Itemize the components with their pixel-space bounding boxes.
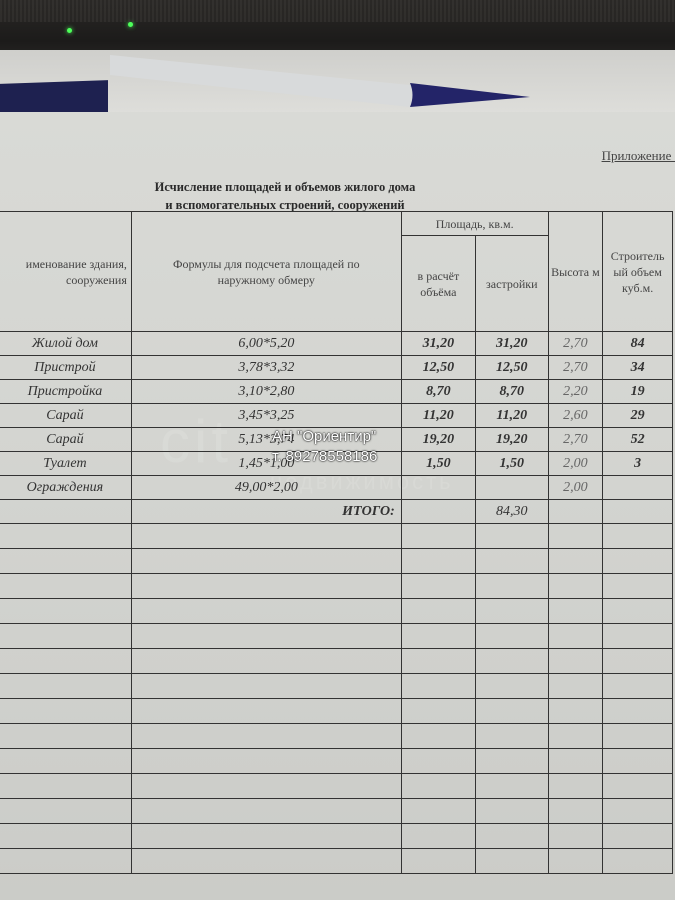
row-area-built: 11,20 [476, 404, 549, 428]
empty-row [0, 799, 673, 824]
empty-cell [476, 849, 549, 874]
total-empty [0, 500, 131, 524]
empty-cell [401, 799, 475, 824]
empty-cell [548, 599, 603, 624]
empty-cell [401, 674, 475, 699]
empty-cell [603, 849, 673, 874]
empty-cell [603, 574, 673, 599]
row-formula: 3,10*2,80 [131, 380, 401, 404]
empty-cell [603, 624, 673, 649]
empty-row [0, 724, 673, 749]
empty-cell [0, 649, 131, 674]
empty-cell [0, 799, 131, 824]
row-height: 2,70 [548, 428, 603, 452]
row-volume: 84 [603, 332, 673, 356]
empty-cell [131, 724, 401, 749]
total-volume [603, 500, 673, 524]
empty-cell [548, 774, 603, 799]
empty-row [0, 699, 673, 724]
row-area-built: 1,50 [476, 452, 549, 476]
empty-cell [548, 724, 603, 749]
empty-cell [401, 699, 475, 724]
empty-cell [476, 624, 549, 649]
empty-cell [0, 774, 131, 799]
area-volume-table: именование здания, сооружения Формулы дл… [0, 211, 673, 874]
empty-row [0, 674, 673, 699]
header-area-volume: в расчёт объёма [401, 236, 475, 332]
empty-cell [476, 724, 549, 749]
row-formula: 6,00*5,20 [131, 332, 401, 356]
row-area-built: 31,20 [476, 332, 549, 356]
empty-cell [401, 649, 475, 674]
empty-cell [603, 749, 673, 774]
empty-cell [401, 724, 475, 749]
header-height: Высота м [548, 212, 603, 332]
document-title: Исчисление площадей и объемов жилого дом… [135, 178, 435, 214]
empty-cell [131, 549, 401, 574]
row-height: 2,70 [548, 356, 603, 380]
row-height: 2,70 [548, 332, 603, 356]
empty-cell [0, 624, 131, 649]
empty-cell [0, 674, 131, 699]
empty-cell [476, 649, 549, 674]
empty-cell [0, 824, 131, 849]
empty-row [0, 849, 673, 874]
empty-cell [548, 799, 603, 824]
header-formula: Формулы для подсчета площадей по наружно… [131, 212, 401, 332]
empty-cell [401, 574, 475, 599]
empty-cell [603, 674, 673, 699]
empty-cell [476, 699, 549, 724]
row-area-volume: 1,50 [401, 452, 475, 476]
empty-cell [548, 824, 603, 849]
header-name: именование здания, сооружения [0, 212, 131, 332]
empty-row [0, 549, 673, 574]
row-name: Пристрой [0, 356, 131, 380]
empty-cell [476, 549, 549, 574]
row-name: Сарай [0, 428, 131, 452]
pen-icon [110, 55, 550, 115]
empty-cell [0, 849, 131, 874]
empty-cell [0, 524, 131, 549]
empty-cell [131, 849, 401, 874]
status-led-icon [67, 28, 72, 33]
row-name: Туалет [0, 452, 131, 476]
empty-cell [603, 524, 673, 549]
row-formula: 3,78*3,32 [131, 356, 401, 380]
row-name: Ограждения [0, 476, 131, 500]
empty-row [0, 599, 673, 624]
empty-cell [603, 774, 673, 799]
total-height [548, 500, 603, 524]
empty-cell [548, 574, 603, 599]
document-page: Приложение № Исчисление площадей и объем… [0, 112, 675, 900]
empty-cell [476, 824, 549, 849]
empty-cell [603, 799, 673, 824]
total-area-volume [401, 500, 475, 524]
empty-cell [0, 599, 131, 624]
row-area-built [476, 476, 549, 500]
header-area-built: застройки [476, 236, 549, 332]
empty-cell [401, 749, 475, 774]
empty-cell [0, 699, 131, 724]
row-volume: 34 [603, 356, 673, 380]
empty-cell [0, 574, 131, 599]
header-area-group: Площадь, кв.м. [401, 212, 548, 236]
empty-cell [476, 599, 549, 624]
total-area-built: 84,30 [476, 500, 549, 524]
empty-cell [548, 849, 603, 874]
empty-cell [131, 599, 401, 624]
empty-row [0, 824, 673, 849]
row-area-volume: 12,50 [401, 356, 475, 380]
empty-cell [603, 599, 673, 624]
title-line-1: Исчисление площадей и объемов жилого дом… [135, 178, 435, 196]
table-row: Жилой дом6,00*5,2031,2031,202,7084 [0, 332, 673, 356]
header-volume: Строитель ый объем куб.м. [603, 212, 673, 332]
empty-cell [548, 549, 603, 574]
row-name: Сарай [0, 404, 131, 428]
row-name: Пристройка [0, 380, 131, 404]
empty-cell [0, 749, 131, 774]
empty-row [0, 749, 673, 774]
empty-cell [401, 524, 475, 549]
empty-cell [476, 799, 549, 824]
row-area-built: 19,20 [476, 428, 549, 452]
row-area-built: 8,70 [476, 380, 549, 404]
row-name: Жилой дом [0, 332, 131, 356]
table-row: Сарай3,45*3,2511,2011,202,6029 [0, 404, 673, 428]
empty-cell [131, 799, 401, 824]
row-area-volume: 8,70 [401, 380, 475, 404]
row-volume: 3 [603, 452, 673, 476]
agency-name: АН "Ориентир" [272, 427, 377, 447]
empty-row [0, 524, 673, 549]
row-height: 2,00 [548, 452, 603, 476]
empty-cell [401, 549, 475, 574]
empty-cell [0, 724, 131, 749]
empty-cell [131, 699, 401, 724]
row-height: 2,60 [548, 404, 603, 428]
empty-cell [476, 674, 549, 699]
table-row: Пристройка3,10*2,808,708,702,2019 [0, 380, 673, 404]
empty-cell [401, 624, 475, 649]
agency-overlay: АН "Ориентир" т. 89278558186 [272, 427, 377, 467]
empty-row [0, 624, 673, 649]
empty-cell [548, 524, 603, 549]
empty-cell [131, 824, 401, 849]
empty-cell [548, 699, 603, 724]
empty-cell [476, 774, 549, 799]
row-area-volume [401, 476, 475, 500]
empty-cell [131, 749, 401, 774]
empty-cell [548, 674, 603, 699]
row-volume: 52 [603, 428, 673, 452]
empty-cell [603, 549, 673, 574]
empty-row [0, 574, 673, 599]
row-area-volume: 31,20 [401, 332, 475, 356]
agency-phone: т. 89278558186 [272, 447, 377, 467]
empty-cell [603, 724, 673, 749]
empty-cell [548, 624, 603, 649]
empty-row [0, 649, 673, 674]
appendix-label: Приложение № [602, 148, 675, 164]
row-area-volume: 19,20 [401, 428, 475, 452]
empty-row [0, 774, 673, 799]
empty-cell [476, 749, 549, 774]
row-area-built: 12,50 [476, 356, 549, 380]
row-volume: 19 [603, 380, 673, 404]
empty-cell [603, 824, 673, 849]
empty-cell [548, 749, 603, 774]
empty-cell [476, 574, 549, 599]
empty-cell [131, 524, 401, 549]
row-area-volume: 11,20 [401, 404, 475, 428]
status-led-icon [128, 22, 133, 27]
table-row: Ограждения49,00*2,002,00 [0, 476, 673, 500]
empty-cell [476, 524, 549, 549]
row-formula: 49,00*2,00 [131, 476, 401, 500]
row-height: 2,20 [548, 380, 603, 404]
row-height: 2,00 [548, 476, 603, 500]
empty-cell [0, 549, 131, 574]
total-label: ИТОГО: [131, 500, 401, 524]
empty-cell [401, 599, 475, 624]
row-volume [603, 476, 673, 500]
empty-cell [131, 774, 401, 799]
empty-cell [401, 774, 475, 799]
row-formula: 3,45*3,25 [131, 404, 401, 428]
empty-cell [401, 824, 475, 849]
empty-cell [401, 849, 475, 874]
empty-cell [131, 674, 401, 699]
row-volume: 29 [603, 404, 673, 428]
empty-cell [603, 699, 673, 724]
empty-cell [131, 624, 401, 649]
empty-cell [603, 649, 673, 674]
table-row: Пристрой3,78*3,3212,5012,502,7034 [0, 356, 673, 380]
empty-cell [548, 649, 603, 674]
empty-cell [131, 649, 401, 674]
total-row: ИТОГО:84,30 [0, 500, 673, 524]
empty-cell [131, 574, 401, 599]
